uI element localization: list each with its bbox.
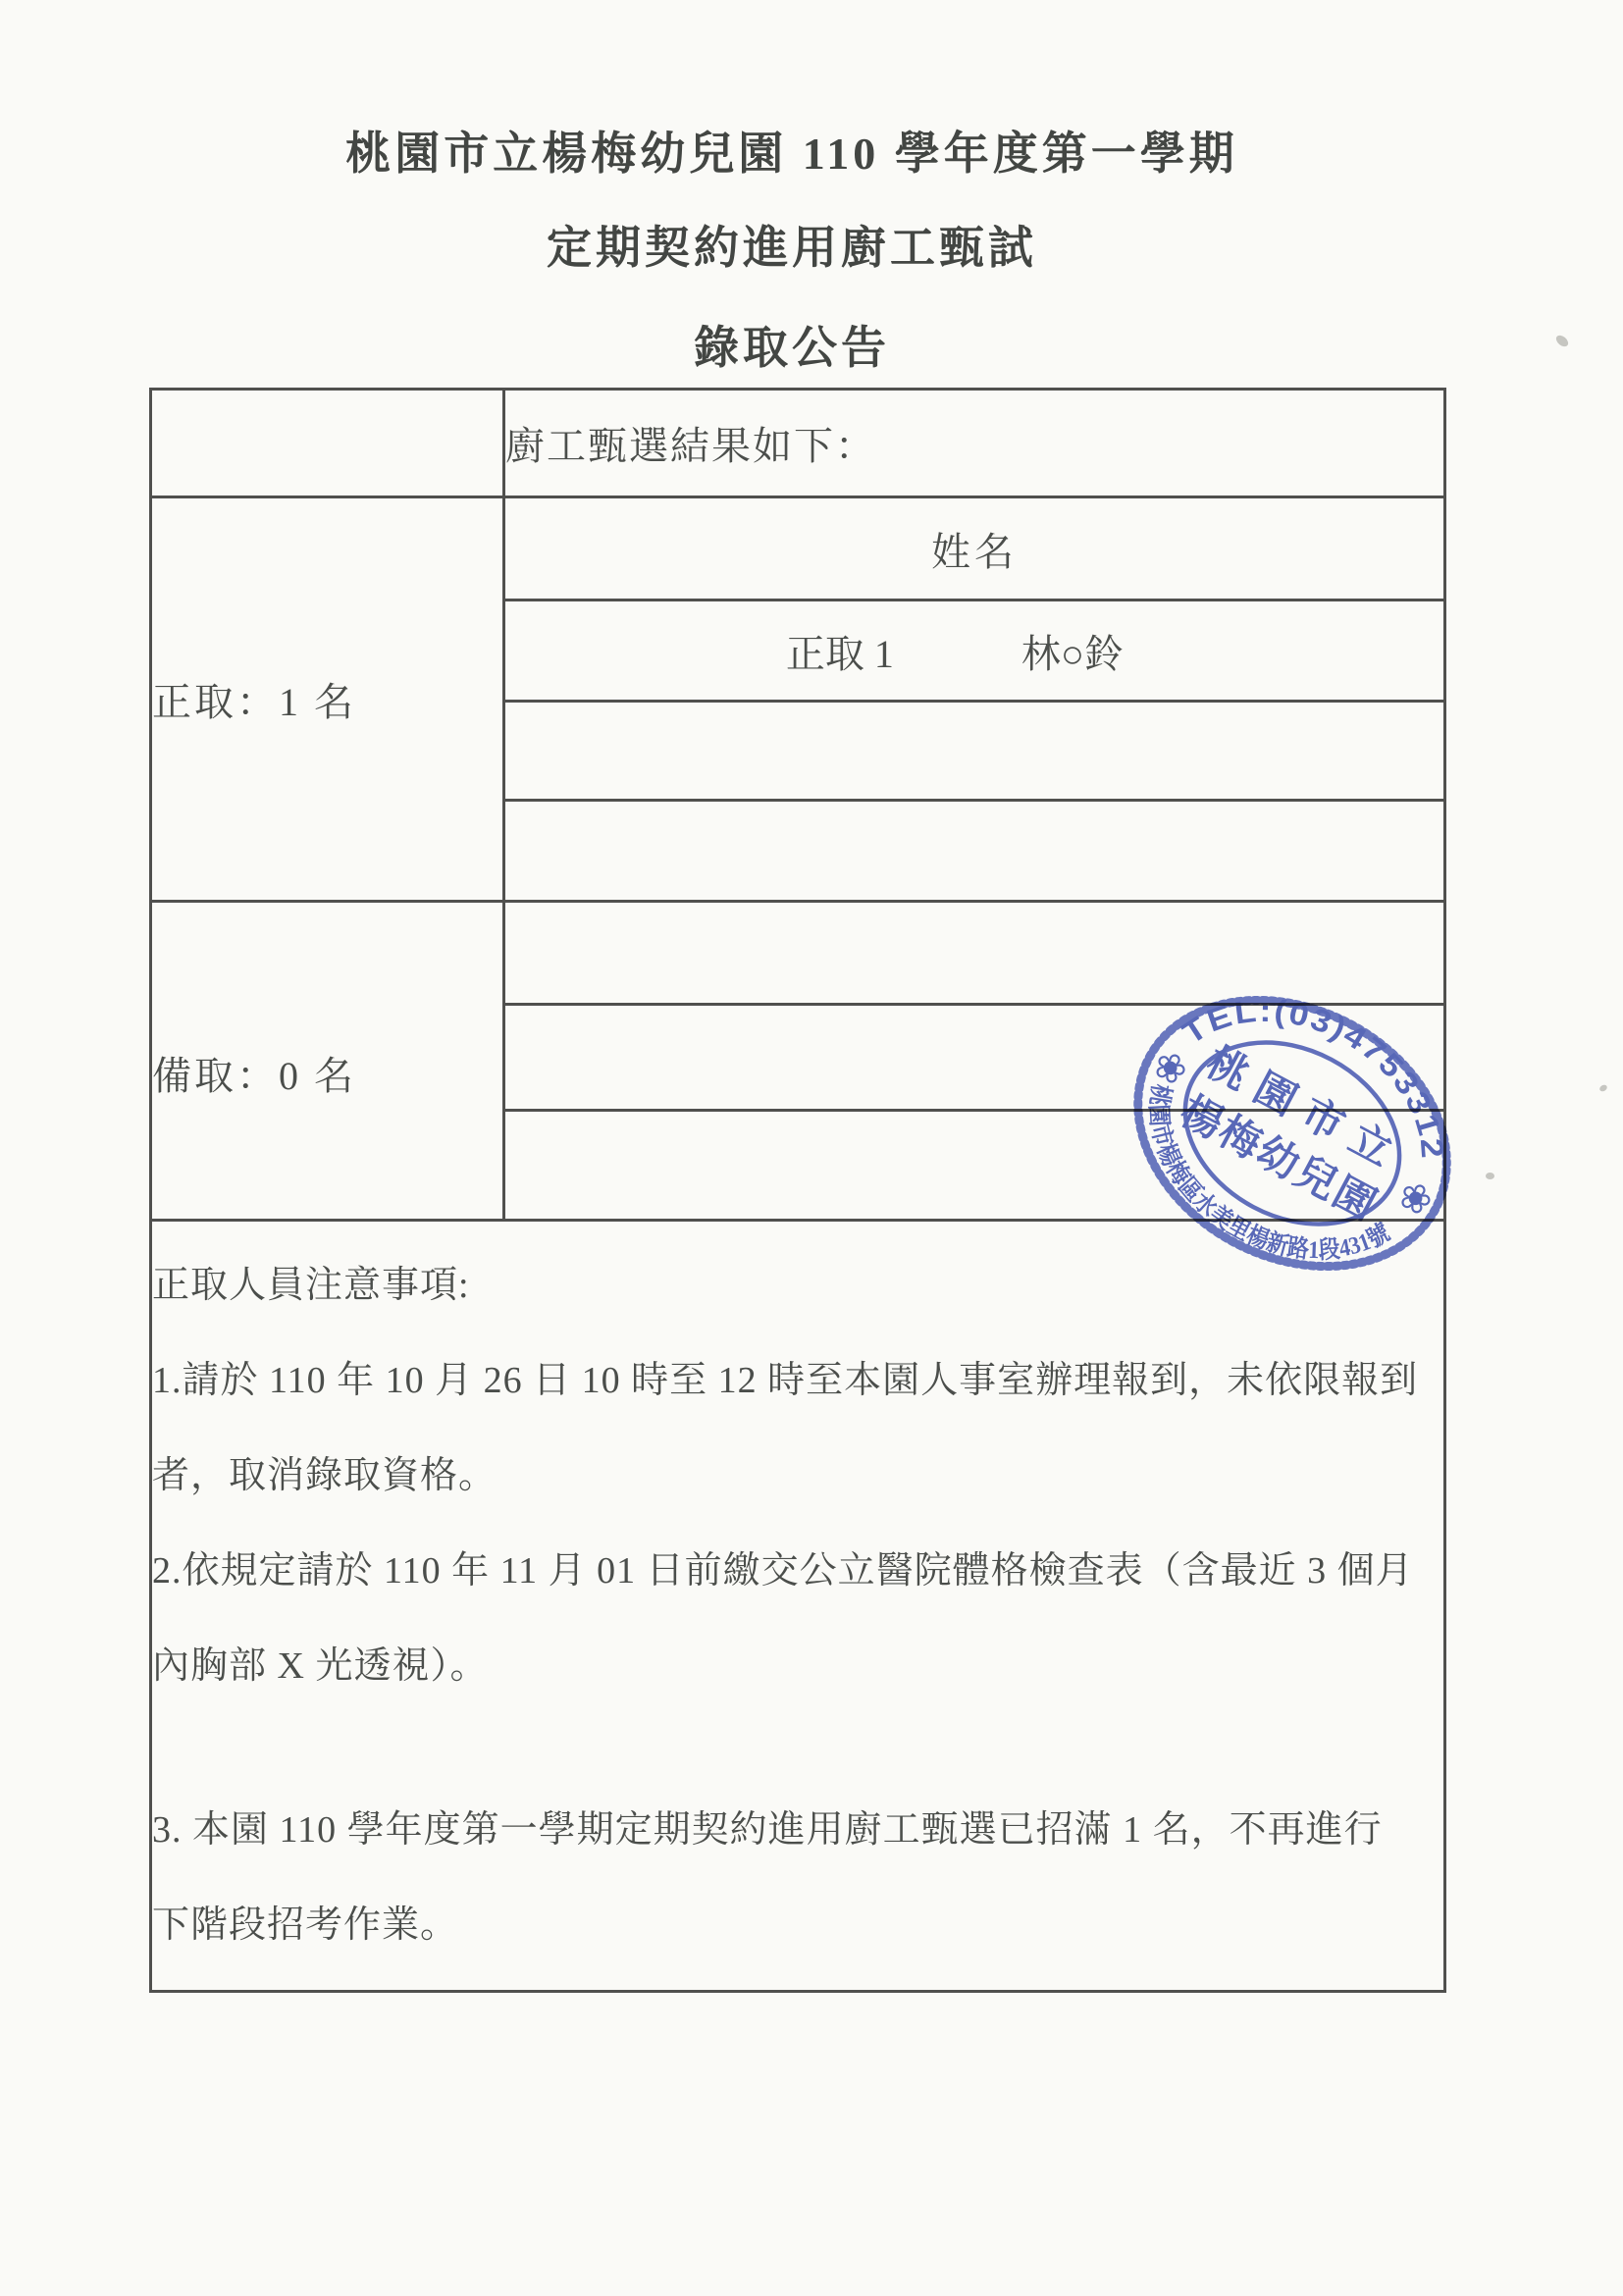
empty-cell xyxy=(504,801,1445,902)
empty-cell xyxy=(504,902,1445,1005)
empty-cell xyxy=(151,390,504,497)
name-column-header: 姓名 xyxy=(504,497,1445,600)
table-row: 廚工甄選結果如下： xyxy=(151,390,1445,497)
document-page: 桃園市立楊梅幼兒園 110 學年度第一學期 定期契約進用廚工甄試 錄取公告 廚工… xyxy=(0,0,1623,2296)
note-item-1-line-1: 1.請於 110 年 10 月 26 日 10 時至 12 時至本園人事室辦理報… xyxy=(152,1333,1443,1429)
waitlist-label: 備取：0 名 xyxy=(151,902,504,1221)
note-item-1-line-2: 者，取消錄取資格。 xyxy=(152,1429,1443,1524)
note-item-2-line-1: 2.依規定請於 110 年 11 月 01 日前繳交公立醫院體格檢查表（含最近 … xyxy=(152,1524,1443,1619)
regular-admit-label: 正取：1 名 xyxy=(151,497,504,902)
table-row: 備取：0 名 xyxy=(151,902,1445,1005)
note-item-3-line-1: 3. 本園 110 學年度第一學期定期契約進用廚工甄選已招滿 1 名，不再進行 xyxy=(152,1783,1443,1878)
notes-heading: 正取人員注意事項: xyxy=(152,1238,1443,1333)
admit-name: 林○鈴 xyxy=(1021,623,1124,679)
notes-cell: 正取人員注意事項: 1.請於 110 年 10 月 26 日 10 時至 12 … xyxy=(151,1221,1445,1992)
note-item-3-line-2: 下階段招考作業。 xyxy=(152,1878,1443,1973)
page-title-line-2: 定期契約進用廚工甄試 xyxy=(0,212,1584,277)
table-row: 正取：1 名 姓名 xyxy=(151,497,1445,600)
admit-row-cell: 正取 1 林○鈴 xyxy=(504,600,1445,702)
admit-rank: 正取 1 xyxy=(786,623,894,679)
empty-cell xyxy=(504,1005,1445,1111)
page-title-line-3: 錄取公告 xyxy=(0,312,1584,377)
result-intro-cell: 廚工甄選結果如下： xyxy=(504,390,1445,497)
table-row: 正取人員注意事項: 1.請於 110 年 10 月 26 日 10 時至 12 … xyxy=(151,1221,1445,1992)
page-title-line-1: 桃園市立楊梅幼兒園 110 學年度第一學期 xyxy=(0,118,1584,183)
note-item-2-line-2: 內胸部 X 光透視）。 xyxy=(152,1619,1443,1714)
empty-cell xyxy=(504,1111,1445,1221)
scan-speck xyxy=(1598,1083,1608,1092)
scan-speck xyxy=(1486,1173,1494,1179)
admission-result-table: 廚工甄選結果如下： 正取：1 名 姓名 正取 1 林○鈴 備取：0 名 正取人員… xyxy=(149,388,1446,1993)
empty-cell xyxy=(504,702,1445,801)
